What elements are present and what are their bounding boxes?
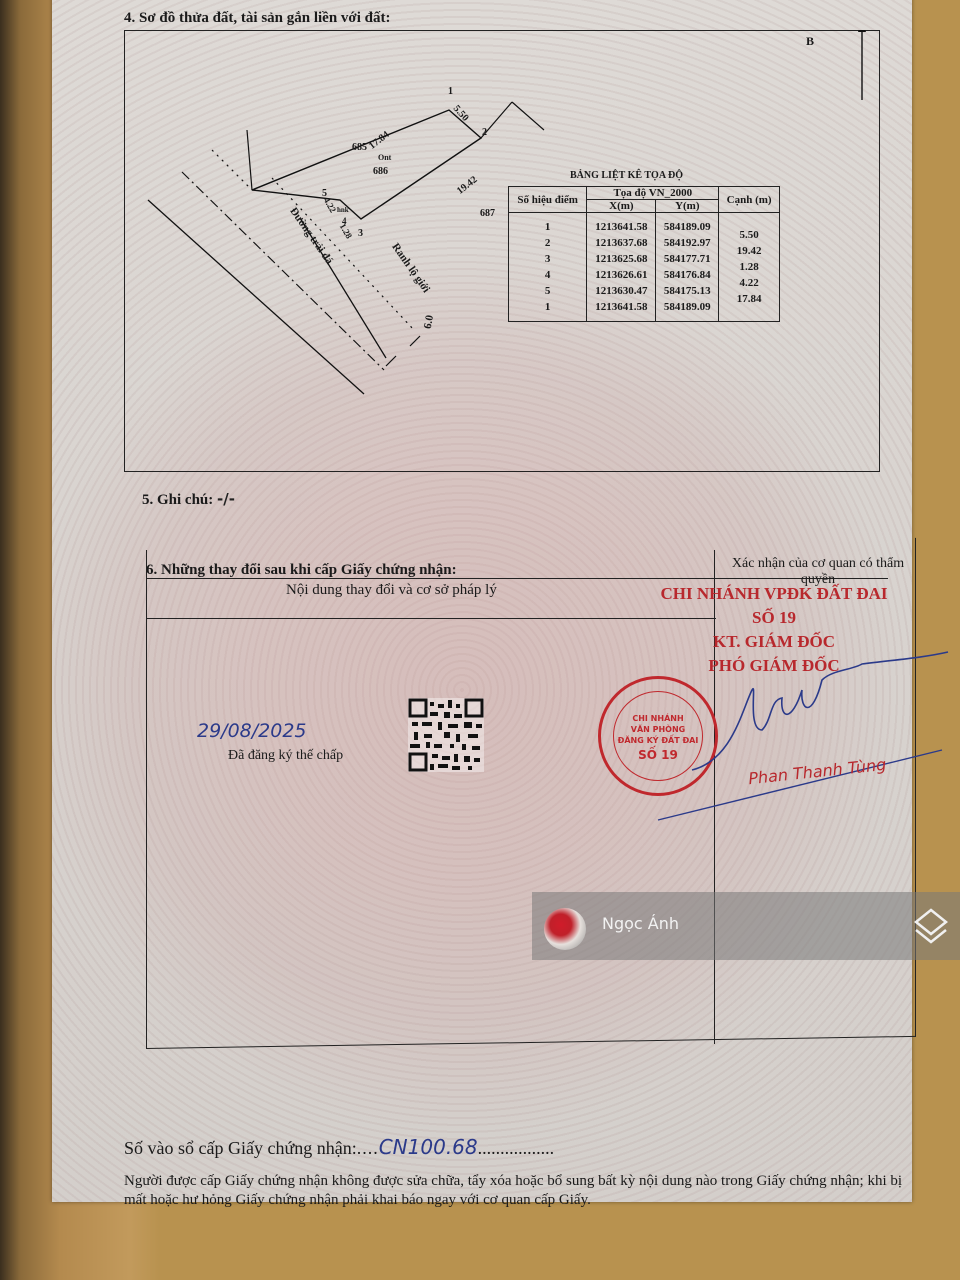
user-name[interactable]: Ngọc Ánh [602, 914, 679, 933]
cell-x: 1213641.58 [591, 299, 651, 315]
col-edge: Cạnh (m) [719, 187, 780, 213]
cell-point: 1 [513, 299, 582, 315]
cell-x: 1213641.58 [591, 219, 651, 235]
cell-y: 584189.09 [660, 299, 714, 315]
cell-x: 1213630.47 [591, 283, 651, 299]
col-content-header: Nội dung thay đổi và cơ sở pháp lý [286, 582, 497, 599]
registry-line: Số vào sổ cấp Giấy chứng nhận:....CN100.… [124, 1135, 554, 1159]
certificate-page: 4. Sơ đồ thửa đất, tài sản gắn liền với … [52, 0, 912, 1202]
label-686: 686 [373, 166, 388, 177]
label-pt1: 1 [448, 86, 453, 97]
registry-label: Số vào sổ cấp Giấy chứng nhận: [124, 1138, 357, 1158]
col-group: Tọa độ VN_2000 [587, 187, 719, 200]
cell-point: 4 [513, 267, 582, 283]
notes-value: -/- [217, 490, 235, 508]
cell-y: 584189.09 [660, 219, 714, 235]
section5-title: 5. Ghi chú: -/- [142, 490, 235, 509]
label-pt2: 2 [482, 127, 487, 138]
signature [652, 650, 952, 830]
cell-point: 3 [513, 251, 582, 267]
cell-x: 1213637.68 [591, 235, 651, 251]
entry-text: Đã đăng ký thế chấp [228, 748, 343, 764]
notes-label: 5. Ghi chú: [142, 492, 213, 508]
cell-y: 584176.84 [660, 267, 714, 283]
label-corridor-type: hnk [337, 206, 349, 214]
label-road-width: 6.0 [422, 314, 436, 330]
cell-y: 584177.71 [660, 251, 714, 267]
coord-table-title: BẢNG LIỆT KÊ TỌA ĐỘ [570, 170, 683, 181]
cell-y: 584192.97 [660, 235, 714, 251]
cell-y: 584175.13 [660, 283, 714, 299]
cell-edge: 1.28 [723, 259, 775, 275]
changes-header-rule [146, 618, 716, 619]
cell-edge: 4.22 [723, 275, 775, 291]
cell-edge: 17.84 [723, 291, 775, 307]
section4-title: 4. Sơ đồ thửa đất, tài sản gắn liền với … [124, 10, 391, 27]
stamp-line1: CHI NHÁNH VPĐK ĐẤT ĐAI [634, 582, 914, 606]
cell-point: 5 [513, 283, 582, 299]
user-overlay-bar: Ngọc Ánh [532, 892, 960, 960]
stamp-line2: SỐ 19 [634, 606, 914, 630]
entry-date: 29/08/2025 [197, 720, 307, 742]
cell-x: 1213625.68 [591, 251, 651, 267]
cell-point: 1 [513, 219, 582, 235]
cell-point: 2 [513, 235, 582, 251]
col-point: Số hiệu điểm [509, 187, 587, 213]
footer-notice: Người được cấp Giấy chứng nhận không đượ… [124, 1172, 904, 1210]
label-land-type: Ont [378, 153, 391, 162]
layers-chevron-icon [912, 906, 950, 946]
label-685: 685 [352, 142, 367, 153]
cell-edge: 5.50 [723, 227, 775, 243]
qr-code[interactable] [408, 698, 484, 772]
avatar[interactable] [544, 908, 586, 950]
label-pt3: 3 [358, 228, 363, 239]
col-y: Y(m) [656, 200, 719, 213]
north-label: B [806, 34, 814, 49]
cell-x: 1213626.61 [591, 267, 651, 283]
coord-table: Số hiệu điểm Tọa độ VN_2000 Cạnh (m) X(m… [508, 186, 780, 322]
registry-value: CN100.68 [379, 1135, 478, 1159]
col-x: X(m) [587, 200, 656, 213]
label-687: 687 [480, 208, 495, 219]
cell-edge: 19.42 [723, 243, 775, 259]
